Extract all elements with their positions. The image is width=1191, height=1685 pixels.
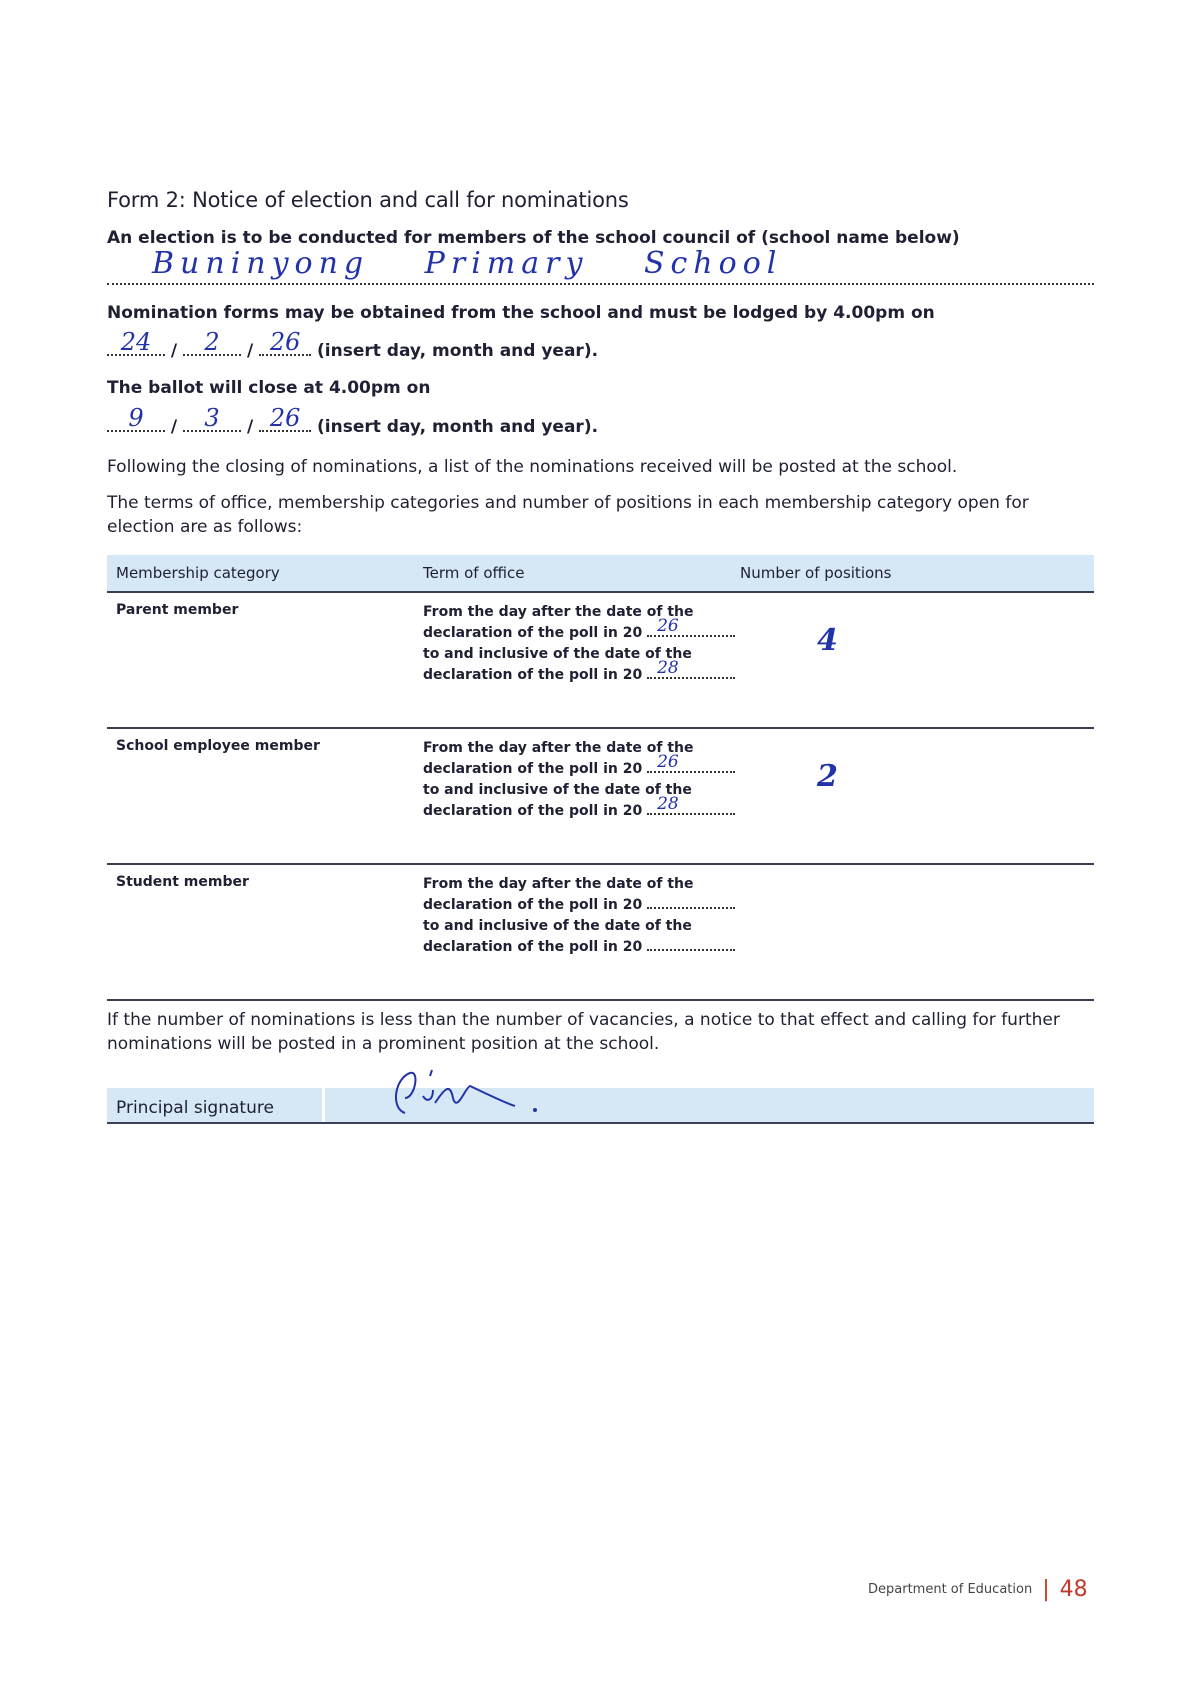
nomination-text: Nomination forms may be obtained from th…: [107, 303, 935, 323]
following-text: Following the closing of nominations, a …: [107, 455, 1094, 479]
ballot-date: 9 / 3 / 26 (insert day, month and year).: [107, 416, 598, 437]
terms-text: The terms of office, membership categori…: [107, 491, 1094, 539]
insert-hint: (insert day, month and year).: [317, 417, 598, 437]
to-year-field[interactable]: 28: [647, 665, 735, 679]
page-number: 48: [1060, 1577, 1088, 1602]
nomination-date: 24 / 2 / 26 (insert day, month and year)…: [107, 340, 598, 361]
category-cell: Parent member: [107, 602, 423, 727]
school-name-line: [107, 283, 1094, 285]
table-row: Parent member From the day after the dat…: [107, 593, 1094, 729]
header-membership-category: Membership category: [107, 564, 423, 582]
footer-divider: |: [1042, 1577, 1049, 1602]
term-cell: From the day after the date of the decla…: [423, 602, 740, 727]
from-year-field[interactable]: [647, 895, 735, 909]
ballot-month-field[interactable]: 3: [183, 416, 241, 432]
term-cell: From the day after the date of the decla…: [423, 738, 740, 863]
nomination-month-field[interactable]: 2: [183, 340, 241, 356]
page-footer: Department of Education|48: [868, 1577, 1088, 1602]
table-row: Student member From the day after the da…: [107, 865, 1094, 1001]
positions-field[interactable]: 4: [817, 623, 838, 658]
ballot-day-field[interactable]: 9: [107, 416, 165, 432]
table-header: Membership category Term of office Numbe…: [107, 555, 1094, 593]
from-year-field[interactable]: 26: [647, 759, 735, 773]
nomination-day-field[interactable]: 24: [107, 340, 165, 356]
to-year-field[interactable]: 28: [647, 801, 735, 815]
nomination-year-field[interactable]: 26: [259, 340, 311, 356]
signature-label: Principal signature: [107, 1088, 325, 1122]
intro-text: An election is to be conducted for membe…: [107, 228, 960, 248]
category-cell: School employee member: [107, 738, 423, 863]
signature-field[interactable]: [325, 1088, 1094, 1122]
ballot-year-field[interactable]: 26: [259, 416, 311, 432]
to-year-field[interactable]: [647, 937, 735, 951]
signature-scribble-icon: [375, 1058, 635, 1128]
header-term-of-office: Term of office: [423, 564, 740, 582]
table-row: School employee member From the day afte…: [107, 729, 1094, 865]
positions-field[interactable]: 2: [817, 759, 838, 794]
from-year-field[interactable]: 26: [647, 623, 735, 637]
category-cell: Student member: [107, 874, 423, 999]
ballot-text: The ballot will close at 4.00pm on: [107, 378, 430, 398]
membership-table: Membership category Term of office Numbe…: [107, 555, 1094, 1001]
header-number-of-positions: Number of positions: [740, 564, 1094, 582]
school-name-handwritten[interactable]: Buninyong Primary School: [152, 246, 782, 281]
vacancies-text: If the number of nominations is less tha…: [107, 1008, 1094, 1056]
insert-hint: (insert day, month and year).: [317, 341, 598, 361]
form-title: Form 2: Notice of election and call for …: [107, 188, 629, 212]
term-cell: From the day after the date of the decla…: [423, 874, 740, 999]
signature-row: Principal signature: [107, 1088, 1094, 1124]
department-name: Department of Education: [868, 1582, 1032, 1597]
